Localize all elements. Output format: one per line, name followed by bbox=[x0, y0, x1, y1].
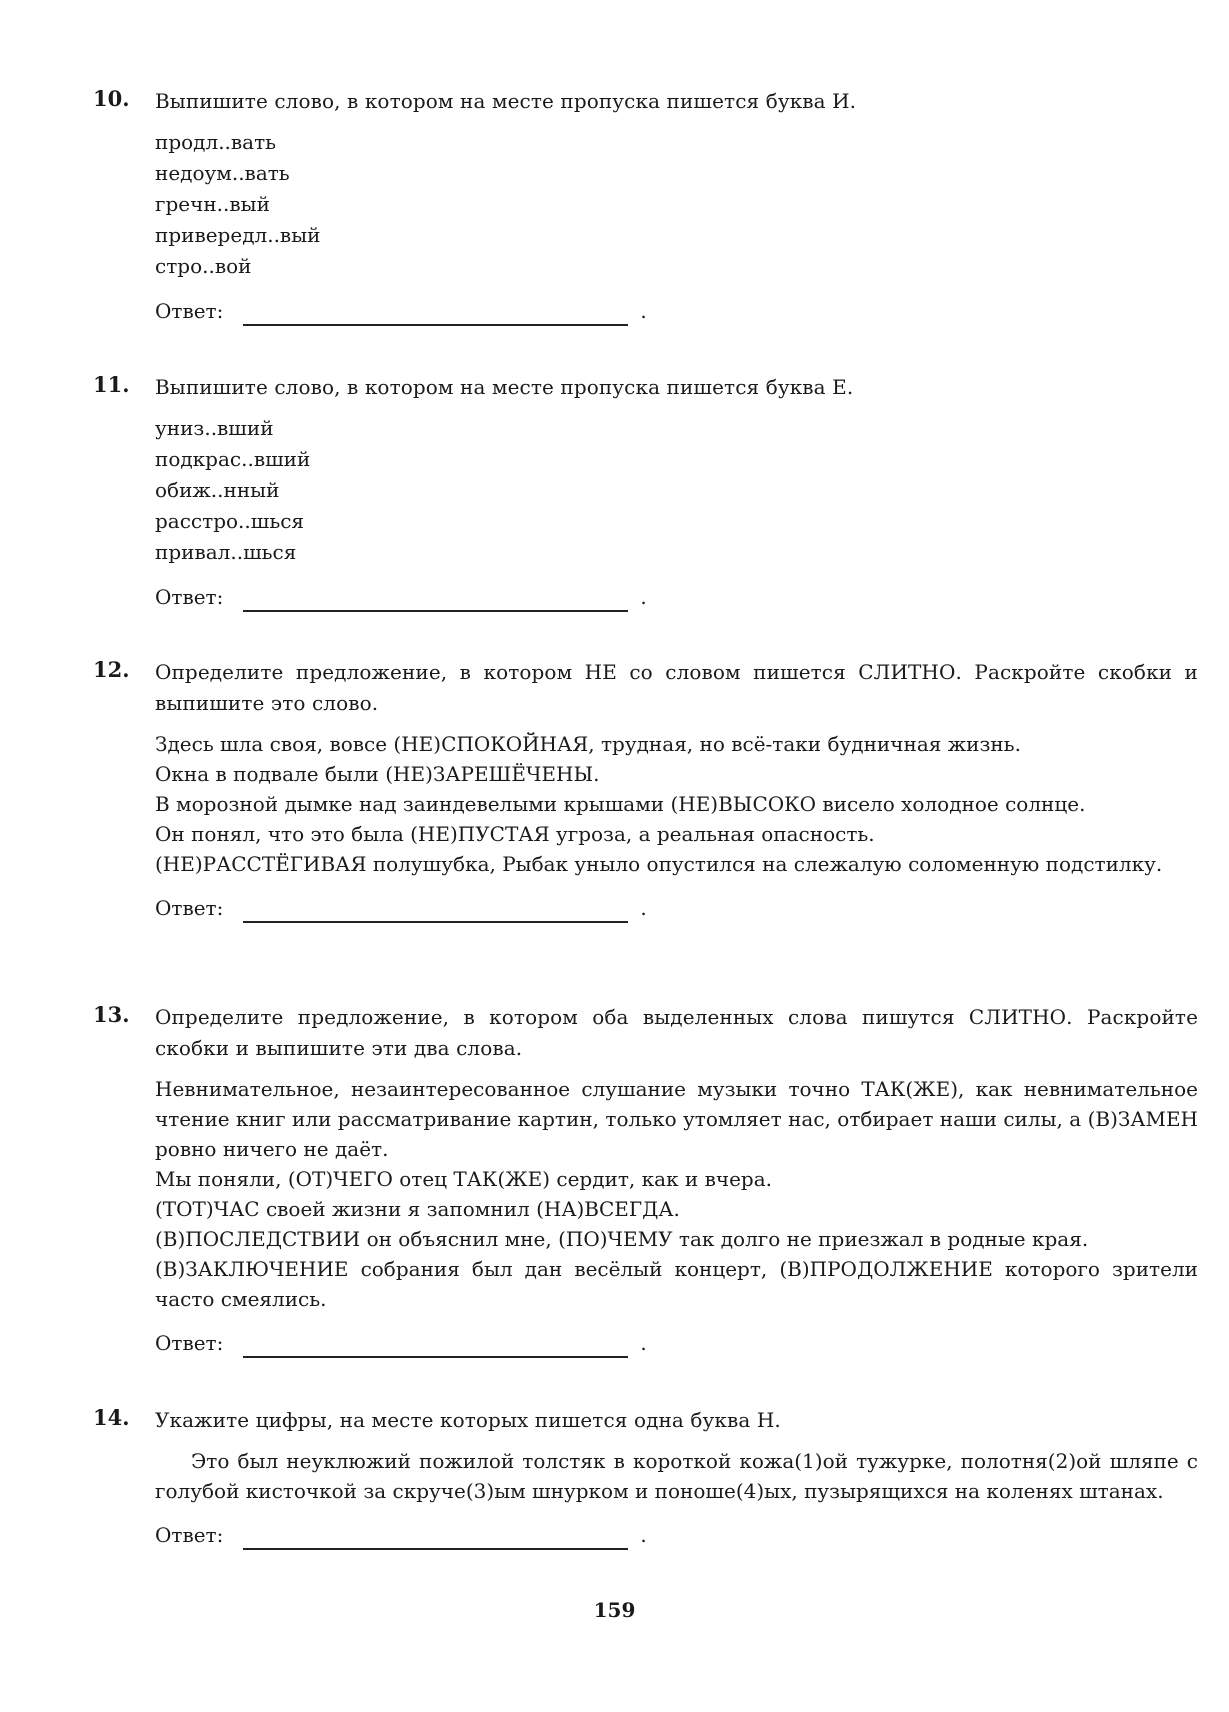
answer-period: . bbox=[640, 582, 646, 612]
task-prompt: Выпишите слово, в котором на месте пропу… bbox=[155, 86, 1198, 117]
sentence-option: Невнимательное, незаинтересованное слуша… bbox=[155, 1074, 1198, 1164]
answer-field[interactable] bbox=[243, 302, 628, 326]
word-option: униз..вший bbox=[155, 413, 1198, 444]
task-prompt: Выпишите слово, в котором на месте пропу… bbox=[155, 372, 1198, 403]
task-prompt: Укажите цифры, на месте которых пишется … bbox=[155, 1405, 1198, 1436]
sentence-option: (В)ПОСЛЕДСТВИИ он объяснил мне, (ПО)ЧЕМУ… bbox=[155, 1224, 1198, 1254]
sentence-option: Он понял, что это была (НЕ)ПУСТАЯ угроза… bbox=[155, 819, 1198, 849]
task-prompt: Определите предложение, в котором оба вы… bbox=[155, 1002, 1198, 1064]
answer-row: Ответ: . bbox=[155, 1520, 1198, 1550]
word-option: обиж..нный bbox=[155, 475, 1198, 506]
answer-row: Ответ: . bbox=[155, 582, 1198, 612]
task-number: 10. bbox=[93, 86, 130, 111]
sentence-option: (В)ЗАКЛЮЧЕНИЕ собрания был дан весёлый к… bbox=[155, 1254, 1198, 1314]
word-option: продл..вать bbox=[155, 127, 1198, 158]
word-option: привередл..вый bbox=[155, 220, 1198, 251]
task-10: 10. Выпишите слово, в котором на месте п… bbox=[93, 86, 1198, 326]
task-number: 14. bbox=[93, 1405, 130, 1430]
sentence-option: (ТОТ)ЧАС своей жизни я запомнил (НА)ВСЕГ… bbox=[155, 1194, 1198, 1224]
task-prompt: Определите предложение, в котором НЕ со … bbox=[155, 657, 1198, 719]
task-12: 12. Определите предложение, в котором НЕ… bbox=[93, 657, 1198, 923]
answer-row: Ответ: . bbox=[155, 893, 1198, 923]
answer-period: . bbox=[640, 296, 646, 326]
sentence-option: Здесь шла своя, вовсе (НЕ)СПОКОЙНАЯ, тру… bbox=[155, 729, 1198, 759]
sentence-list: Здесь шла своя, вовсе (НЕ)СПОКОЙНАЯ, тру… bbox=[155, 729, 1198, 879]
page-number: 159 bbox=[0, 1598, 1229, 1622]
sentence-option: В морозной дымке над заиндевелыми крышам… bbox=[155, 789, 1198, 819]
word-option: привал..шься bbox=[155, 537, 1198, 568]
sentence-option: Мы поняли, (ОТ)ЧЕГО отец ТАК(ЖЕ) сердит,… bbox=[155, 1164, 1198, 1194]
word-list: продл..вать недоум..вать гречн..вый прив… bbox=[155, 127, 1198, 282]
task-number: 13. bbox=[93, 1002, 130, 1027]
word-option: недоум..вать bbox=[155, 158, 1198, 189]
answer-row: Ответ: . bbox=[155, 1328, 1198, 1358]
answer-field[interactable] bbox=[243, 1526, 628, 1550]
word-option: гречн..вый bbox=[155, 189, 1198, 220]
sentence-option: Окна в подвале были (НЕ)ЗАРЕШЁЧЕНЫ. bbox=[155, 759, 1198, 789]
word-option: расстро..шься bbox=[155, 506, 1198, 537]
task-number: 12. bbox=[93, 657, 130, 682]
task-number: 11. bbox=[93, 372, 130, 397]
answer-field[interactable] bbox=[243, 1334, 628, 1358]
answer-row: Ответ: . bbox=[155, 296, 1198, 326]
answer-label: Ответ: bbox=[155, 296, 223, 326]
word-option: стро..вой bbox=[155, 251, 1198, 282]
answer-period: . bbox=[640, 893, 646, 923]
answer-period: . bbox=[640, 1328, 646, 1358]
task-11: 11. Выпишите слово, в котором на месте п… bbox=[93, 372, 1198, 612]
sentence-option: (НЕ)РАССТЁГИВАЯ полушубка, Рыбак уныло о… bbox=[155, 849, 1198, 879]
answer-label: Ответ: bbox=[155, 1328, 223, 1358]
answer-period: . bbox=[640, 1520, 646, 1550]
task-13: 13. Определите предложение, в котором об… bbox=[93, 1002, 1198, 1358]
answer-label: Ответ: bbox=[155, 582, 223, 612]
sentence-list: Невнимательное, незаинтересованное слуша… bbox=[155, 1074, 1198, 1314]
task-paragraph: Это был неуклюжий пожилой толстяк в коро… bbox=[155, 1446, 1198, 1506]
answer-field[interactable] bbox=[243, 899, 628, 923]
answer-label: Ответ: bbox=[155, 1520, 223, 1550]
answer-label: Ответ: bbox=[155, 893, 223, 923]
word-option: подкрас..вший bbox=[155, 444, 1198, 475]
word-list: униз..вший подкрас..вший обиж..нный расс… bbox=[155, 413, 1198, 568]
task-14: 14. Укажите цифры, на месте которых пише… bbox=[93, 1405, 1198, 1550]
answer-field[interactable] bbox=[243, 588, 628, 612]
